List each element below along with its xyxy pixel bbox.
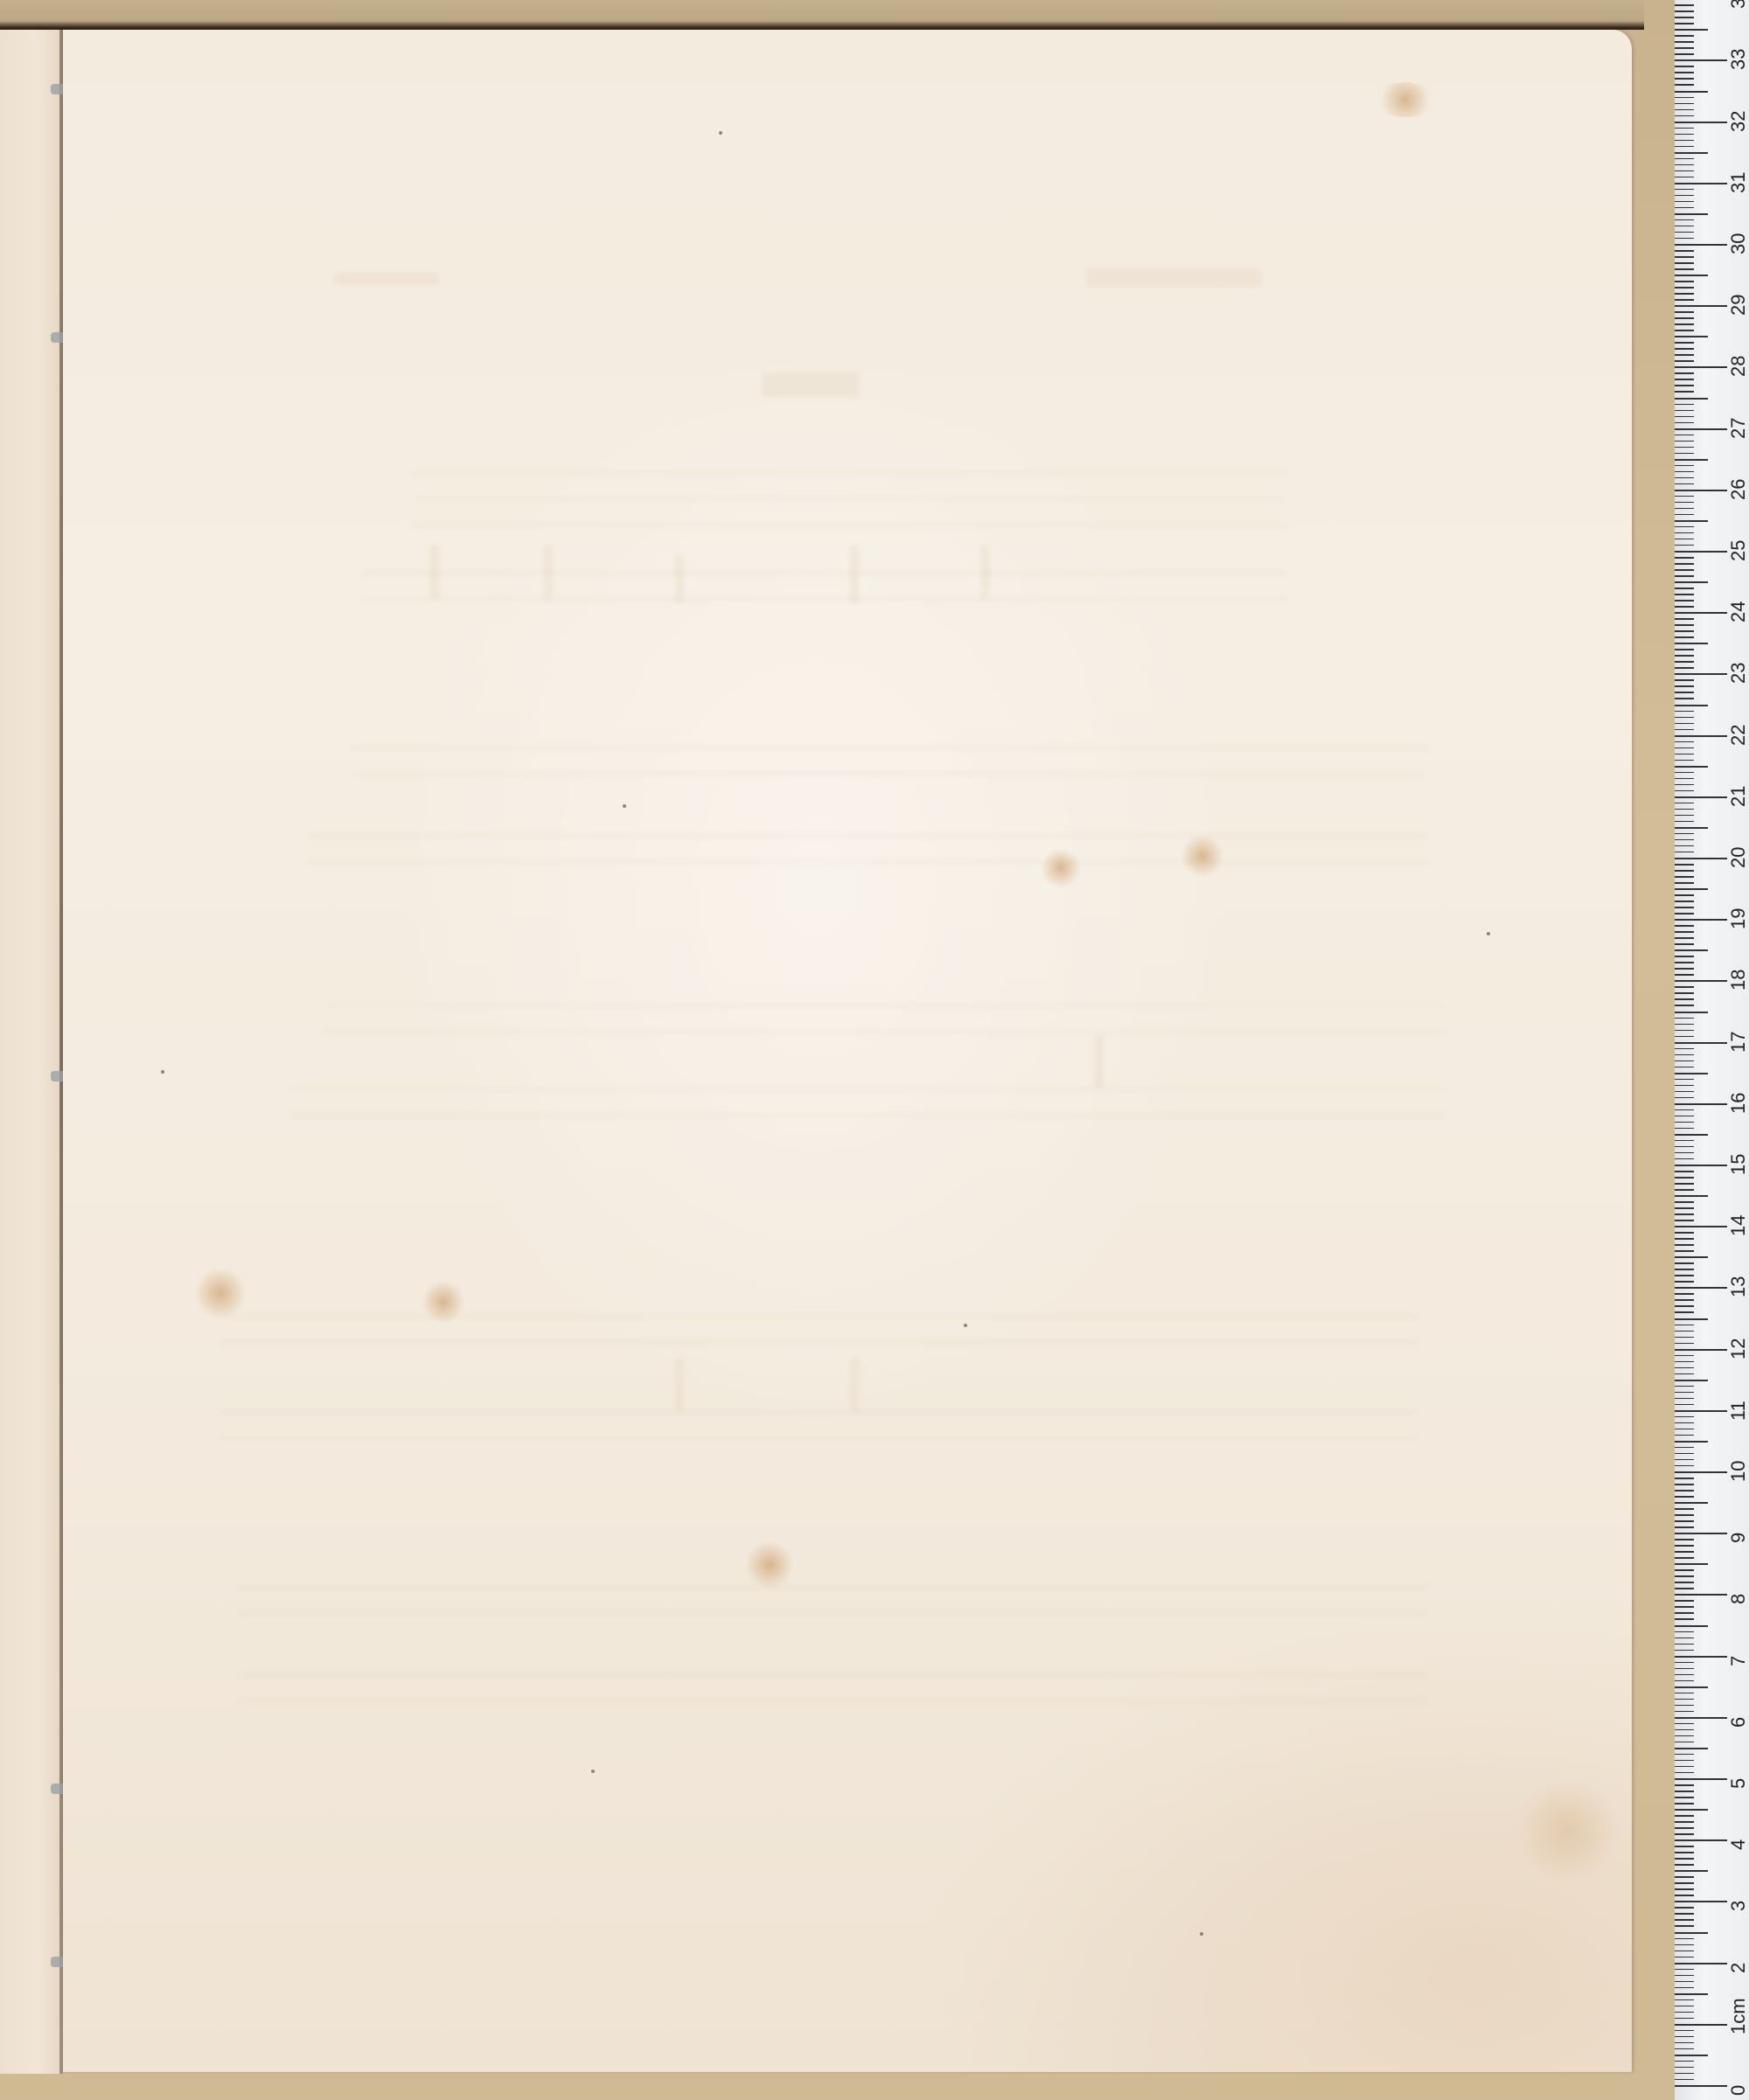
bleed-through-mark — [1095, 1035, 1104, 1088]
bleed-through-mark — [334, 273, 439, 285]
page-top-edge-shadow — [0, 0, 1644, 30]
ruler-tick — [1675, 766, 1708, 768]
ruler-tick — [1675, 1674, 1694, 1676]
ruler-tick — [1675, 293, 1694, 295]
bleed-through-staff — [413, 524, 1287, 526]
ruler-tick — [1675, 1766, 1694, 1768]
ruler-tick — [1675, 2036, 1694, 2038]
ruler-tick — [1675, 1373, 1694, 1375]
ruler-tick — [1675, 618, 1694, 620]
ruler-label: 32 — [1729, 97, 1748, 132]
ruler-tick — [1675, 164, 1694, 166]
ruler-tick — [1675, 226, 1694, 227]
ruler-tick — [1675, 508, 1694, 510]
bleed-through-staff — [325, 1005, 1445, 1007]
ruler-tick — [1675, 207, 1694, 209]
ruler-tick — [1675, 91, 1708, 93]
ruler-tick — [1675, 685, 1694, 687]
ruler-tick — [1675, 109, 1694, 111]
ruler-label: 5 — [1729, 1754, 1748, 1789]
ruler-tick — [1675, 1165, 1727, 1166]
ruler-label: 3 — [1729, 1876, 1748, 1911]
ruler-tick — [1675, 1079, 1694, 1081]
ruler-tick — [1675, 998, 1694, 1000]
ruler-tick — [1675, 594, 1694, 595]
ruler-tick — [1675, 1575, 1694, 1577]
ruler-tick — [1675, 1325, 1694, 1326]
ruler-tick — [1675, 1171, 1694, 1172]
ruler-tick — [1675, 1128, 1694, 1130]
ruler-tick — [1675, 2030, 1694, 2032]
ruler-label: 34 — [1729, 0, 1748, 9]
ruler-tick — [1675, 870, 1694, 872]
ruler-tick — [1675, 1287, 1727, 1289]
ruler-tick — [1675, 435, 1694, 436]
ruler-tick — [1675, 1355, 1694, 1357]
ruler-tick — [1675, 661, 1694, 663]
ruler-label: 29 — [1729, 281, 1748, 316]
ruler-label: 12 — [1729, 1325, 1748, 1359]
bleed-through-mark — [544, 546, 553, 598]
ruler-tick — [1675, 1073, 1708, 1074]
ruler-tick — [1675, 1932, 1708, 1934]
ruler-tick — [1675, 1809, 1708, 1811]
ruler-tick — [1675, 213, 1708, 215]
ruler-tick — [1675, 919, 1727, 921]
ruler-tick — [1675, 1085, 1694, 1087]
ruler-label: 0 — [1729, 2061, 1748, 2096]
ruler-label: 28 — [1729, 342, 1748, 377]
ruler-tick — [1675, 760, 1694, 761]
ruler-tick — [1675, 447, 1694, 449]
ruler-tick — [1675, 78, 1694, 80]
ruler-tick — [1675, 35, 1694, 37]
ruler-label: 7 — [1729, 1631, 1748, 1666]
ruler-tick — [1675, 882, 1694, 884]
ruler-tick — [1675, 1588, 1694, 1589]
ruler-tick — [1675, 1686, 1708, 1688]
ruler-tick — [1675, 827, 1708, 829]
bleed-through-staff — [238, 1612, 1427, 1615]
ruler-tick — [1675, 581, 1708, 583]
ruler-tick — [1675, 2061, 1694, 2062]
ruler-tick — [1675, 1275, 1694, 1276]
foxing-spot — [422, 1280, 465, 1324]
ruler-tick — [1675, 735, 1727, 737]
ruler-label: 24 — [1729, 588, 1748, 622]
ruler-tick — [1675, 1183, 1694, 1185]
ruler-tick — [1675, 372, 1694, 374]
ruler-tick — [1675, 1563, 1708, 1565]
ruler-tick — [1675, 1311, 1694, 1313]
ruler-tick — [1675, 1705, 1694, 1707]
ruler-tick — [1675, 974, 1694, 976]
ruler-tick — [1675, 1177, 1694, 1179]
ruler-tick — [1675, 1429, 1694, 1430]
ruler-label: 21 — [1729, 772, 1748, 807]
ruler-tick — [1675, 723, 1694, 725]
ruler-tick — [1675, 416, 1694, 418]
ruler-tick — [1675, 1116, 1694, 1117]
ruler-tick — [1675, 1981, 1694, 1983]
ruler-tick — [1675, 1060, 1694, 1062]
ruler-tick — [1675, 1987, 1694, 1989]
ruler-tick — [1675, 219, 1694, 221]
ruler-tick — [1675, 1367, 1694, 1369]
ruler-label: 6 — [1729, 1693, 1748, 1728]
ruler-tick — [1675, 348, 1694, 350]
ruler-tick — [1675, 612, 1727, 614]
bleed-through-mark — [981, 546, 990, 598]
ruler-tick — [1675, 630, 1694, 632]
ruler-tick — [1675, 514, 1694, 516]
ruler-label: 11 — [1729, 1386, 1748, 1421]
bleed-through-mark — [850, 1359, 859, 1411]
ruler-label: 27 — [1729, 404, 1748, 439]
ruler-tick — [1675, 201, 1694, 203]
ruler-tick — [1675, 1772, 1694, 1774]
bleed-through-staff — [290, 1088, 1445, 1090]
ruler-tick — [1675, 1760, 1694, 1762]
ruler-tick — [1675, 1882, 1694, 1884]
ruler-tick — [1675, 717, 1694, 719]
ruler-tick — [1675, 1012, 1708, 1013]
ruler-tick — [1675, 1526, 1694, 1528]
ruler-tick — [1675, 459, 1708, 461]
ruler-tick — [1675, 404, 1694, 406]
ruler-tick — [1675, 803, 1694, 804]
ruler-tick — [1675, 636, 1694, 638]
ruler-tick — [1675, 1293, 1694, 1295]
ruler-tick — [1675, 1042, 1727, 1044]
bleed-through-mark — [430, 546, 439, 598]
ruler-tick — [1675, 1852, 1694, 1853]
ruler-tick — [1675, 1416, 1694, 1418]
ruler-tick — [1675, 189, 1694, 191]
ruler-tick — [1675, 1833, 1694, 1835]
ruler-tick — [1675, 1582, 1694, 1583]
ruler-tick — [1675, 2024, 1727, 2026]
ruler-tick — [1675, 1447, 1694, 1449]
ruler-tick — [1675, 557, 1694, 559]
ruler-tick — [1675, 809, 1694, 810]
bleed-through-staff — [360, 572, 1287, 574]
ruler-tick — [1675, 152, 1708, 154]
bleed-through-staff — [413, 497, 1287, 500]
ruler-tick — [1675, 1803, 1694, 1804]
ruler-tick — [1675, 1195, 1708, 1197]
ruler-label: 14 — [1729, 1201, 1748, 1236]
ruler-label: 10 — [1729, 1447, 1748, 1482]
ruler-tick — [1675, 667, 1694, 669]
ruler-tick — [1675, 465, 1694, 467]
ruler-tick — [1675, 606, 1694, 608]
ruler-tick — [1675, 1361, 1694, 1363]
ruler-tick — [1675, 1815, 1694, 1817]
ruler-tick — [1675, 968, 1694, 970]
ruler-tick — [1675, 1778, 1727, 1780]
ruler-tick — [1675, 943, 1694, 945]
ruler-tick — [1675, 1091, 1694, 1093]
bleed-through-staff — [220, 1437, 1418, 1440]
ruler-tick — [1675, 1938, 1694, 1940]
ruler-tick — [1675, 673, 1727, 675]
ruler-tick — [1675, 1600, 1694, 1602]
ruler-tick — [1675, 1963, 1727, 1964]
ruler-tick — [1675, 1152, 1694, 1154]
bleed-through-staff — [220, 1341, 1418, 1344]
ruler-tick — [1675, 1380, 1708, 1381]
ruler-tick — [1675, 1514, 1694, 1516]
bleed-through-staff — [220, 1315, 1418, 1318]
ruler-tick — [1675, 711, 1694, 713]
ruler-tick — [1675, 778, 1694, 780]
ruler-tick — [1675, 299, 1694, 301]
ruler-tick — [1675, 1618, 1694, 1620]
ruler-tick — [1675, 1680, 1694, 1682]
ruler-tick — [1675, 1226, 1727, 1227]
ruler-tick — [1675, 97, 1694, 99]
speck — [719, 131, 722, 135]
ruler-tick — [1675, 232, 1694, 233]
ruler-tick — [1675, 520, 1708, 522]
ruler-tick — [1675, 1784, 1694, 1786]
ruler-label: 18 — [1729, 956, 1748, 991]
ruler-tick — [1675, 1969, 1694, 1971]
bleed-through-mark — [675, 554, 684, 602]
ruler-tick — [1675, 1122, 1694, 1123]
ruler-tick — [1675, 980, 1727, 982]
ruler-label: 22 — [1729, 711, 1748, 746]
bleed-through-mark — [1086, 268, 1261, 287]
ruler-tick — [1675, 588, 1694, 589]
ruler-tick — [1675, 925, 1694, 927]
ruler-tick — [1675, 496, 1694, 497]
ruler-tick — [1675, 477, 1694, 479]
ruler-tick — [1675, 1453, 1694, 1455]
foxing-spot — [1041, 848, 1081, 888]
ruler-tick — [1675, 1975, 1694, 1977]
ruler-tick — [1675, 379, 1694, 380]
bleed-through-staff — [352, 747, 1427, 749]
ruler-tick — [1675, 428, 1727, 430]
ruler-tick — [1675, 1754, 1694, 1756]
ruler-label: 33 — [1729, 35, 1748, 70]
foxing-spot — [194, 1267, 247, 1319]
ruler-tick — [1675, 2067, 1694, 2069]
ruler-tick — [1675, 1281, 1694, 1283]
ruler-tick — [1675, 2079, 1694, 2081]
ruler-tick — [1675, 937, 1694, 939]
ruler-tick — [1675, 888, 1708, 890]
ruler-tick — [1675, 1876, 1694, 1878]
ruler-tick — [1675, 146, 1694, 148]
ruler-tick — [1675, 10, 1694, 12]
ruler-tick — [1675, 1048, 1694, 1050]
ruler-label: 17 — [1729, 1018, 1748, 1053]
ruler-tick — [1675, 1410, 1727, 1412]
ruler-tick — [1675, 1612, 1694, 1614]
ruler-tick — [1675, 1471, 1727, 1473]
bleed-through-mark — [850, 546, 859, 602]
ruler-tick — [1675, 29, 1708, 31]
ruler-tick — [1675, 1533, 1727, 1534]
ruler-tick — [1675, 41, 1694, 43]
ruler-tick — [1675, 1508, 1694, 1510]
ruler-tick — [1675, 84, 1694, 86]
ruler-label: 19 — [1729, 894, 1748, 929]
ruler-tick — [1675, 1189, 1694, 1191]
bleed-through-staff — [325, 1031, 1445, 1033]
ruler-tick — [1675, 23, 1694, 24]
ruler-tick — [1675, 483, 1694, 485]
ruler-tick — [1675, 784, 1694, 786]
ruler-tick — [1675, 1723, 1694, 1725]
ruler-label: 15 — [1729, 1140, 1748, 1175]
ruler-tick — [1675, 1398, 1694, 1400]
ruler-tick — [1675, 366, 1727, 368]
ruler-tick — [1675, 256, 1694, 258]
ruler-tick — [1675, 2073, 1694, 2075]
ruler-tick — [1675, 1299, 1694, 1301]
ruler-tick — [1675, 821, 1694, 823]
ruler-tick — [1675, 1791, 1694, 1792]
ruler-tick — [1675, 1478, 1694, 1479]
ruler-tick — [1675, 1349, 1727, 1351]
ruler-tick — [1675, 1030, 1694, 1032]
ruler-tick — [1675, 59, 1727, 61]
ruler-tick — [1675, 545, 1694, 546]
speck — [591, 1770, 595, 1773]
ruler-tick — [1675, 250, 1694, 252]
ruler-tick — [1675, 1999, 1694, 2001]
ruler-tick — [1675, 1864, 1694, 1866]
ruler-tick — [1675, 569, 1694, 571]
foxing-spot — [1181, 834, 1224, 878]
speck — [1487, 932, 1490, 935]
ruler-tick — [1675, 1269, 1694, 1270]
ruler-tick — [1675, 532, 1694, 534]
ruler-tick — [1675, 1656, 1727, 1658]
ruler-tick — [1675, 311, 1694, 313]
ruler-tick — [1675, 539, 1694, 540]
ruler-tick — [1675, 305, 1727, 307]
ruler-tick — [1675, 354, 1694, 356]
ruler-tick — [1675, 655, 1694, 657]
ruler-tick — [1675, 1220, 1694, 1221]
ruler-tick — [1675, 170, 1694, 172]
ruler-tick — [1675, 1699, 1694, 1700]
ruler-tick — [1675, 894, 1694, 896]
ruler-tick — [1675, 140, 1694, 142]
ruler-tick — [1675, 115, 1694, 117]
ruler-tick — [1675, 1870, 1708, 1872]
ruler-tick — [1675, 490, 1727, 491]
ruler-label: 8 — [1729, 1569, 1748, 1604]
ruler-tick — [1675, 1662, 1694, 1664]
ruler-tick — [1675, 833, 1694, 835]
ruler-tick — [1675, 1005, 1694, 1006]
ruler-tick — [1675, 1821, 1694, 1823]
ruler-tick — [1675, 1465, 1694, 1467]
ruler-tick — [1675, 342, 1694, 344]
ruler-tick — [1675, 1919, 1694, 1921]
ruler-tick — [1675, 1895, 1694, 1896]
ruler-tick — [1675, 410, 1694, 412]
ruler-tick — [1675, 1256, 1708, 1258]
ruler-tick — [1675, 72, 1694, 73]
ruler-tick — [1675, 575, 1694, 577]
ruler-tick — [1675, 790, 1694, 792]
ruler-tick — [1675, 1717, 1727, 1719]
ruler-label: 25 — [1729, 526, 1748, 561]
speck — [161, 1070, 164, 1074]
ruler-tick — [1675, 1625, 1708, 1627]
ruler-tick — [1675, 287, 1694, 289]
ruler-tick — [1675, 729, 1694, 731]
ruler-tick — [1675, 1888, 1694, 1890]
foxing-spot — [745, 1540, 794, 1589]
ruler-tick — [1675, 1067, 1694, 1068]
ruler-tick — [1675, 1606, 1694, 1608]
ruler-tick — [1675, 796, 1727, 798]
ruler-tick — [1675, 1907, 1694, 1909]
bleed-through-staff — [238, 1700, 1427, 1702]
ruler-tick — [1675, 1539, 1694, 1540]
ruler-tick — [1675, 1103, 1727, 1105]
ruler-tick — [1675, 268, 1694, 270]
ruler-tick — [1675, 103, 1694, 105]
bleed-through-staff — [238, 1586, 1427, 1589]
ruler-tick — [1675, 643, 1708, 644]
foxing-spot — [1375, 82, 1436, 117]
ruler-tick — [1675, 1441, 1708, 1443]
ruler-tick — [1675, 262, 1694, 264]
ruler-tick — [1675, 679, 1694, 681]
ruler-tick — [1675, 962, 1694, 963]
ruler-tick — [1675, 47, 1694, 49]
ruler-tick — [1675, 1545, 1694, 1547]
ruler-tick — [1675, 1232, 1694, 1234]
bleed-through-mark — [675, 1359, 684, 1411]
ruler-tick — [1675, 128, 1694, 129]
ruler-tick — [1675, 772, 1694, 774]
ruler-tick — [1675, 1036, 1694, 1038]
ruler-tick — [1675, 1140, 1694, 1142]
ruler-tick — [1675, 692, 1694, 693]
ruler-tick — [1675, 1422, 1694, 1424]
ruler-tick — [1675, 1631, 1694, 1633]
ruler-tick — [1675, 624, 1694, 626]
ruler-tick — [1675, 1594, 1727, 1596]
ruler-tick — [1675, 177, 1694, 178]
ruler-tick — [1675, 244, 1727, 246]
ruler-tick — [1675, 1650, 1694, 1651]
ruler-tick — [1675, 1097, 1694, 1099]
ruler-tick — [1675, 1484, 1694, 1485]
ruler-tick — [1675, 134, 1694, 136]
ruler-tick — [1675, 53, 1694, 55]
ruler-tick — [1675, 1331, 1694, 1332]
ruler-tick — [1675, 1950, 1694, 1952]
ruler-label: 23 — [1729, 649, 1748, 684]
ruler-tick — [1675, 845, 1694, 847]
ruler-tick — [1675, 66, 1694, 67]
bleed-through-staff — [360, 598, 1287, 601]
ruler-label: 16 — [1729, 1079, 1748, 1114]
ruler-tick — [1675, 1490, 1694, 1492]
ruler-tick — [1675, 815, 1694, 817]
